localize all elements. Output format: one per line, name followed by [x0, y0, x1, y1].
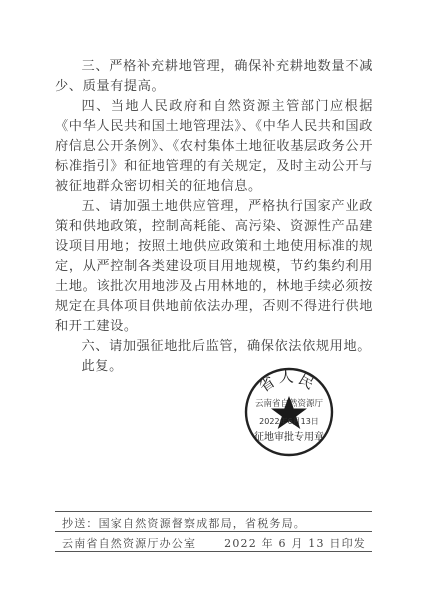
- seal-top-text: 省人民: [256, 368, 320, 396]
- footer-rule-top: [55, 511, 372, 512]
- paragraph-6: 六、请加强征地批后监管，确保依法依规用地。: [55, 337, 373, 357]
- seal-date-text: 2022年6月13日: [259, 416, 319, 426]
- svg-text:省人民: 省人民: [256, 368, 320, 396]
- seal-icon: 省人民 云南省自然资源厅 2022年6月13日 征地审批专用章: [243, 366, 335, 458]
- paragraph-4: 四、当地人民政府和自然资源主管部门应根据《中华人民共和国土地管理法》、《中华人民…: [55, 97, 373, 197]
- issuer-text: 云南省自然资源厅办公室: [62, 535, 196, 551]
- print-date-text: 2022 年 6 月 13 日印发: [224, 535, 366, 551]
- paragraph-3: 三、严格补充耕地管理，确保补充耕地数量不减少、质量有提高。: [55, 57, 373, 97]
- document-body: 三、严格补充耕地管理，确保补充耕地数量不减少、质量有提高。 四、当地人民政府和自…: [55, 57, 373, 377]
- footer-rule-middle: [55, 531, 372, 532]
- issuer-row: 云南省自然资源厅办公室 2022 年 6 月 13 日印发: [62, 535, 366, 551]
- paragraph-5: 五、请加强土地供应管理，严格执行国家产业政策和供地政策，控制高耗能、高污染、资源…: [55, 197, 373, 337]
- footer-rule-bottom: [55, 551, 372, 552]
- cc-text: 抄送：国家自然资源督察成都局，省税务局。: [62, 515, 306, 531]
- document-page: 三、严格补充耕地管理，确保补充耕地数量不减少、质量有提高。 四、当地人民政府和自…: [0, 0, 422, 600]
- official-seal: 省人民 云南省自然资源厅 2022年6月13日 征地审批专用章: [243, 366, 335, 458]
- cc-row: 抄送：国家自然资源督察成都局，省税务局。: [62, 515, 366, 531]
- seal-bottom-text: 征地审批专用章: [254, 430, 324, 443]
